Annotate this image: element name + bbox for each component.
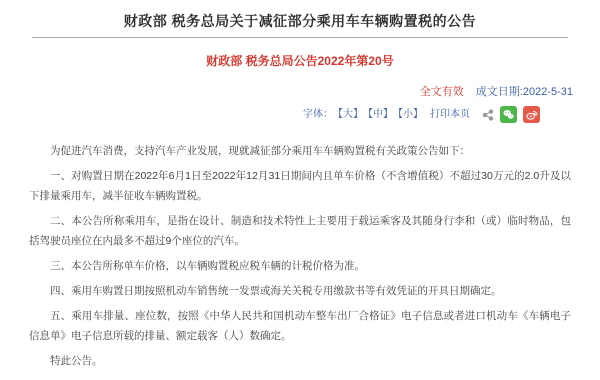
page-title: 财政部 税务总局关于减征部分乘用车车辆购置税的公告 [0,0,600,31]
weibo-icon[interactable] [523,106,540,123]
font-size-label: 字体： [303,106,333,123]
font-size-medium-button[interactable]: 【中】 [363,106,393,123]
body-paragraph-item1: 一、对购置日期在2022年6月1日至2022年12月31日期间内且单车价格（不含… [29,166,571,206]
title-divider [32,37,568,38]
body-paragraph-item3: 三、本公告所称单车价格，以车辆购置税应税车辆的计税价格为准。 [29,256,571,276]
body-paragraph-item4: 四、乘用车购置日期按照机动车销售统一发票或海关关税专用缴款书等有效凭证的开具日期… [29,281,571,301]
font-size-small-button[interactable]: 【小】 [393,106,423,123]
body-paragraph-item5: 五、乘用车排量、座位数，按照《中华人民共和国机动车整车出厂合格证》电子信息或者进… [29,306,571,346]
body-paragraph-closing: 特此公告。 [29,351,571,371]
body-paragraph-item2: 二、本公告所称乘用车，是指在设计、制造和技术特性上主要用于载运乘客及其随身行李和… [29,211,571,251]
announcement-body: 为促进汽车消费，支持汽车产业发展，现就减征部分乘用车车辆购置税有关政策公告如下：… [29,141,571,371]
font-size-large-button[interactable]: 【大】 [333,106,363,123]
issue-date: 成文日期:2022-5-31 [476,85,573,99]
doc-number: 财政部 税务总局公告2022年第20号 [0,51,600,71]
validity-badge: 全文有效 [420,85,464,99]
share-nodes-icon[interactable] [482,109,494,121]
toolbar-row: 字体： 【大】 【中】 【小】 打印本页 [0,106,600,123]
wechat-icon[interactable] [500,106,517,123]
body-paragraph-intro: 为促进汽车消费，支持汽车产业发展，现就减征部分乘用车车辆购置税有关政策公告如下： [29,141,571,161]
meta-row: 全文有效 成文日期:2022-5-31 [0,85,600,99]
announcement-page: 财政部 税务总局关于减征部分乘用车车辆购置税的公告 财政部 税务总局公告2022… [0,0,600,380]
print-page-button[interactable]: 打印本页 [430,106,470,123]
